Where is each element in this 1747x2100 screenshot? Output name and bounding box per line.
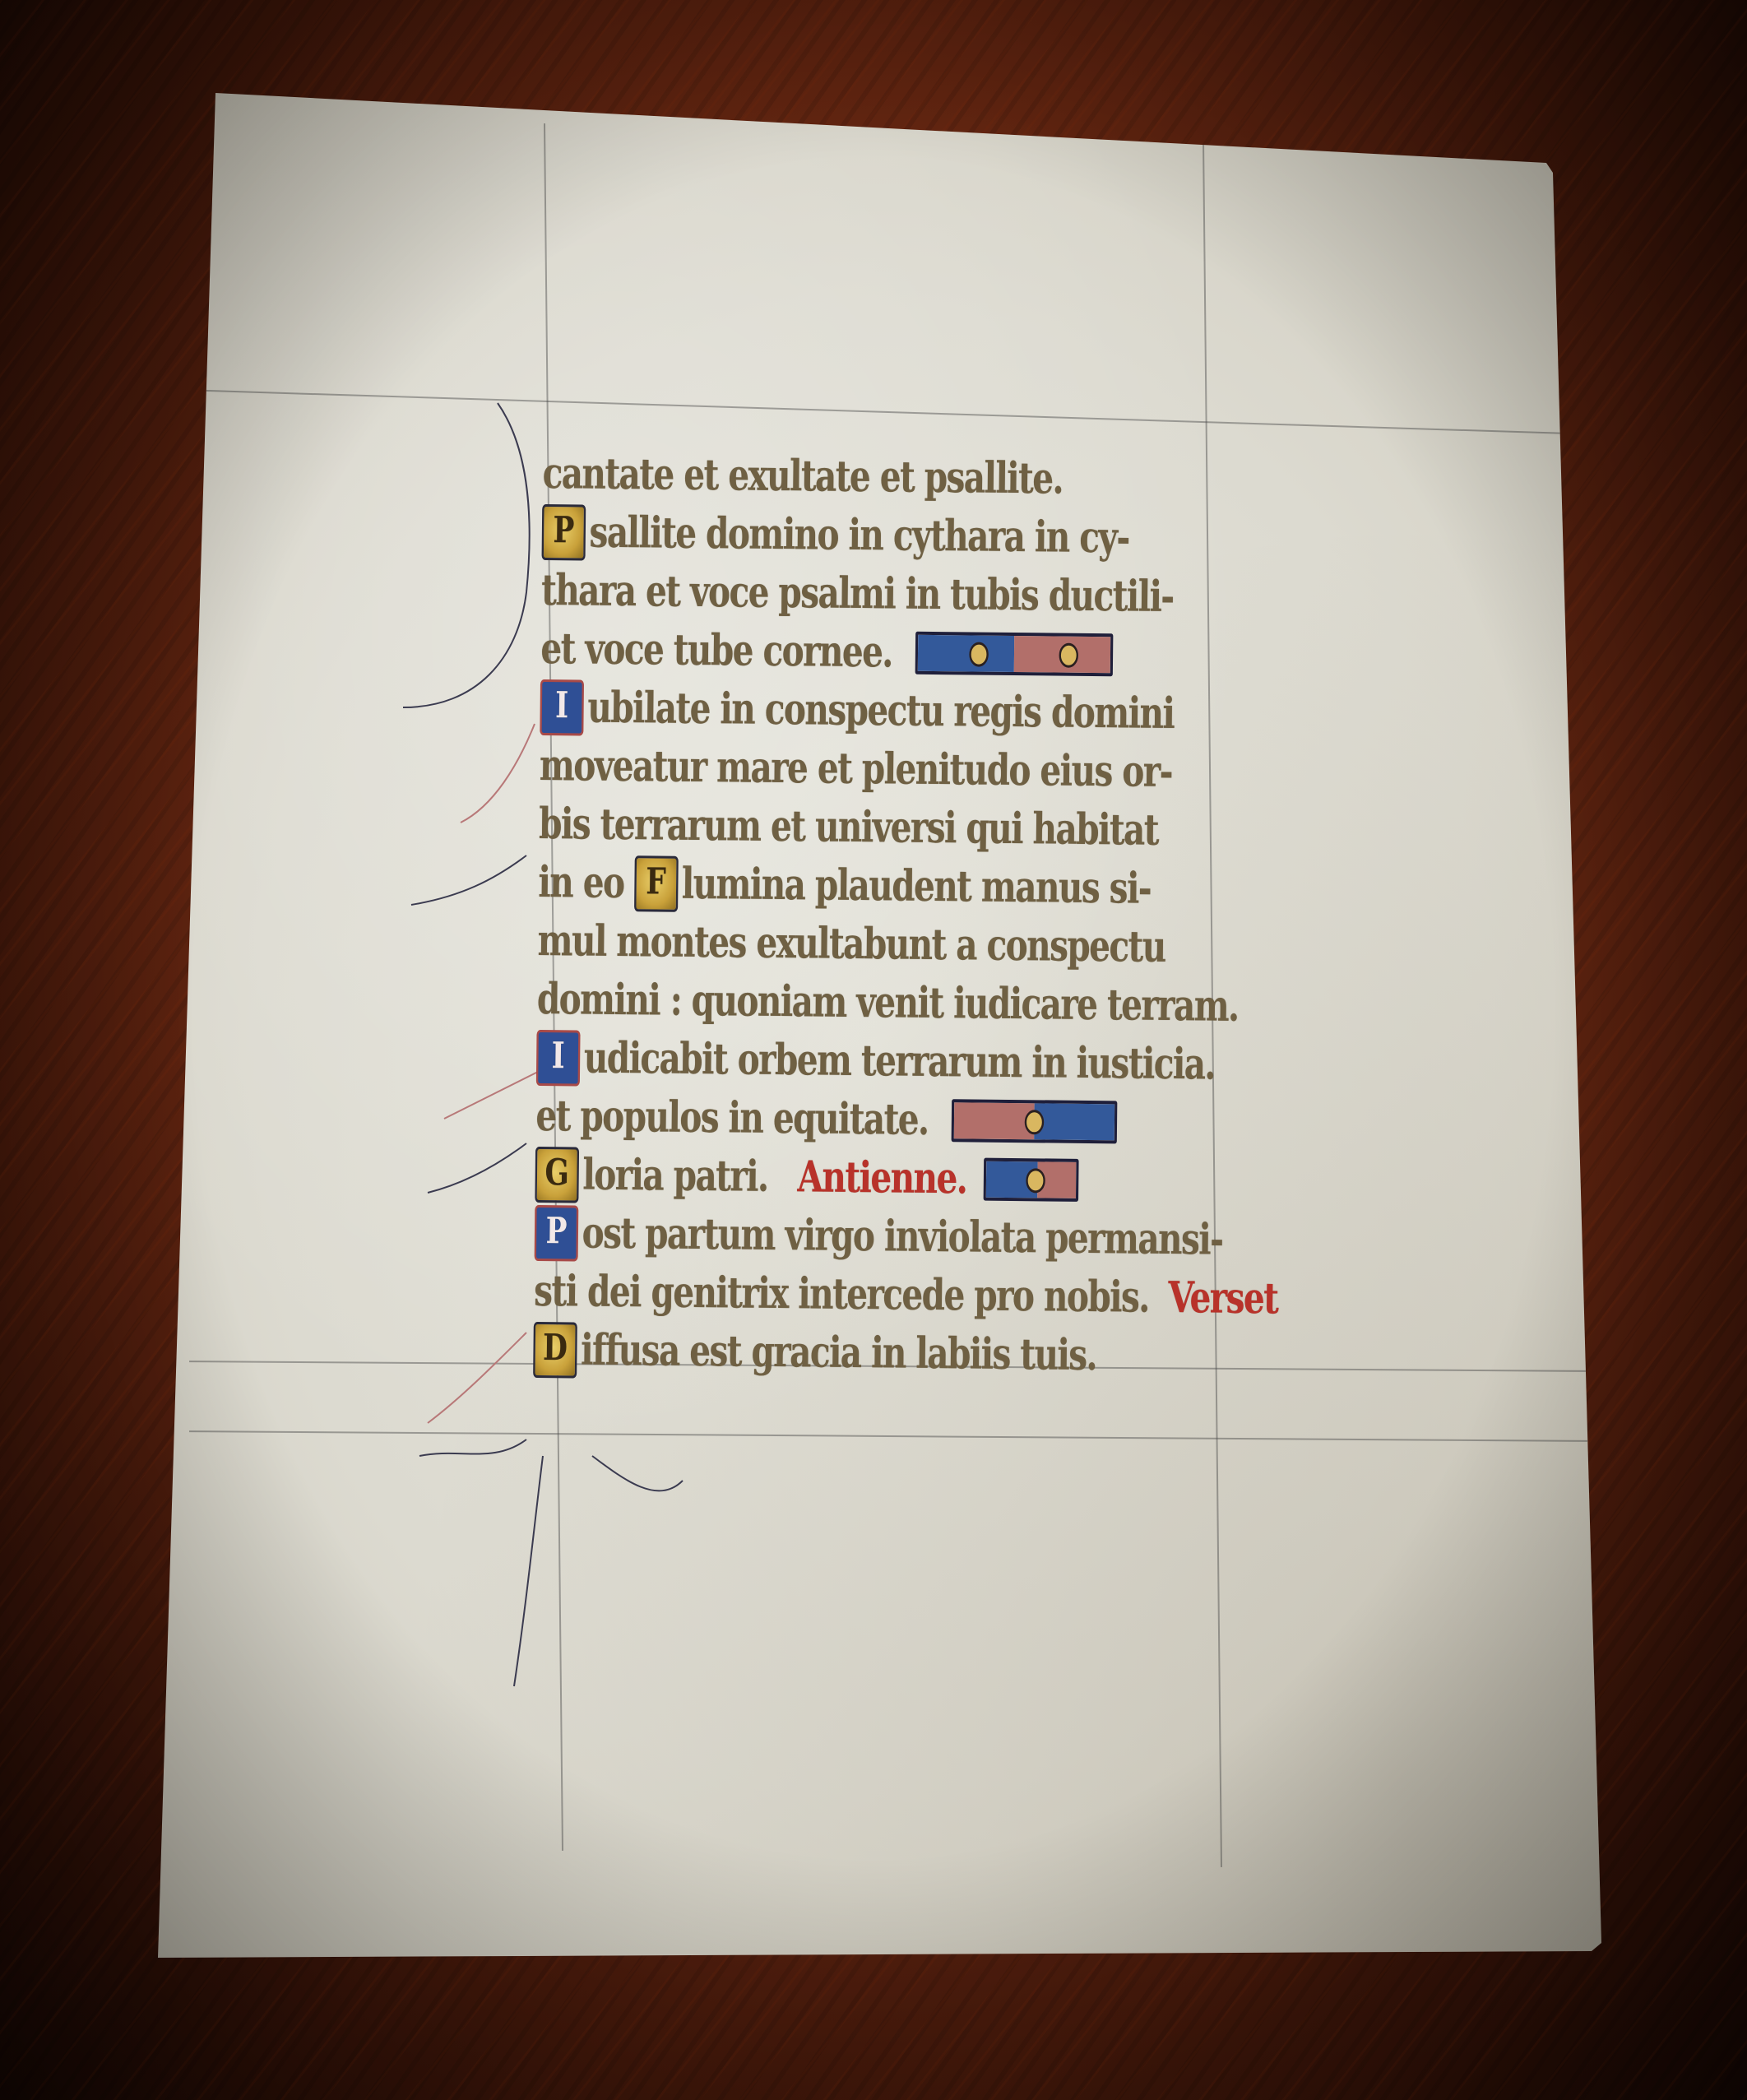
- gold-initial-f: F: [634, 855, 679, 912]
- text-line-15: sti dei genitrix intercede pro nobis. Ve…: [534, 1262, 1080, 1326]
- text-line-16: Diffusa est gracia in labiis tuis.: [533, 1320, 1079, 1384]
- ruling-horizontal-bottom-2: [189, 1430, 1587, 1442]
- text-line-3: thara et voce psalmi in tubis ductili-: [541, 561, 1087, 625]
- text-line-12: et populos in equitate.: [535, 1087, 1082, 1151]
- text-line-5: Iubilate in conspectu regis domini: [540, 678, 1086, 742]
- text-line-9: mul montes exultabunt a conspectu: [537, 911, 1083, 976]
- text-line-1: cantate et exultate et psallite.: [542, 444, 1088, 508]
- gold-initial-d: D: [533, 1321, 577, 1378]
- text-line-7: bis terrarum et universi qui habitat: [539, 795, 1085, 859]
- rubric-antienne: Antienne.: [797, 1152, 966, 1203]
- blue-initial-p: P: [535, 1204, 579, 1261]
- line-filler-blue-pink: [915, 631, 1114, 676]
- line-filler-short: [983, 1157, 1078, 1201]
- line-filler-pink-blue: [952, 1099, 1118, 1143]
- text-line-4: et voce tube cornee.: [540, 619, 1087, 684]
- ruling-horizontal-top: [189, 389, 1587, 434]
- text-line-6: moveatur mare et plenitudo eius or-: [540, 736, 1086, 800]
- text-line-14: Post partum virgo inviolata permansi-: [535, 1203, 1081, 1268]
- gold-initial-p: P: [542, 503, 586, 560]
- text-line-2: Psallite domino in cythara in cy-: [542, 503, 1088, 567]
- gold-initial-g: G: [535, 1146, 579, 1203]
- manuscript-leaf: cantate et exultate et psallite. Psallit…: [0, 0, 1747, 2100]
- text-line-11: Iudicabit orbem terrarum in iusticia.: [536, 1028, 1082, 1092]
- text-block: cantate et exultate et psallite. Psallit…: [533, 444, 1242, 1386]
- text-line-10: domini : quoniam venit iudicare terram.: [537, 970, 1083, 1034]
- text-line-8: in eo Flumina plaudent manus si-: [538, 853, 1084, 917]
- parchment-page: cantate et exultate et psallite. Psallit…: [0, 0, 1747, 2100]
- blue-initial-i-2: I: [536, 1029, 581, 1086]
- text-line-13: Gloria patri. Antienne.: [535, 1145, 1081, 1209]
- rubric-verset: Verset: [1168, 1273, 1278, 1324]
- blue-initial-i: I: [540, 679, 584, 735]
